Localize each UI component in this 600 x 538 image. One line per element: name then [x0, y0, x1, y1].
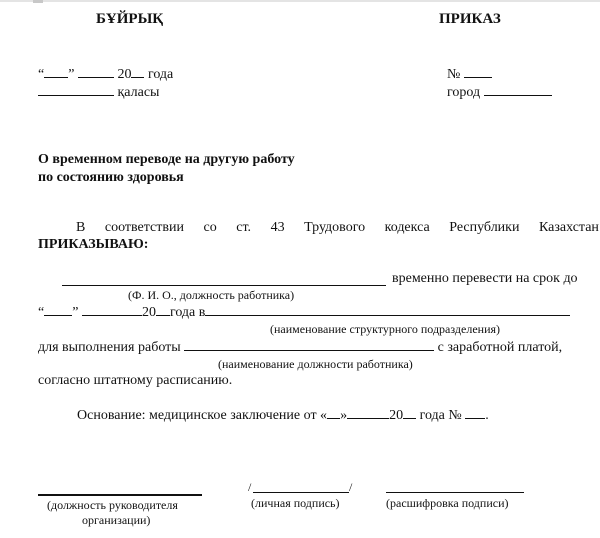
caption-department: (наименование структурного подразделения…	[270, 321, 500, 337]
preamble-word: соответствии	[105, 220, 184, 236]
preamble-word: со	[204, 220, 217, 236]
basis-line: Основание: медицинское заключение от «»2…	[77, 406, 489, 424]
city-suffix: қаласы	[118, 85, 160, 100]
order-number-line: №	[447, 65, 492, 83]
salary-text: с заработной платой,	[438, 340, 562, 355]
ruler-tab-marker	[33, 0, 43, 3]
work-prefix: для выполнения работы	[38, 340, 181, 355]
order-word: ПРИКАЗЫВАЮ:	[38, 237, 148, 253]
kazakh-title: БҰЙРЫҚ	[96, 11, 163, 27]
year-in-text: года в	[170, 305, 205, 320]
month-field[interactable]	[78, 65, 114, 78]
caption-director-position-1: (должность руководителя	[47, 497, 178, 513]
year-prefix: 20	[117, 67, 131, 82]
slash-left: /	[248, 479, 251, 495]
transfer-text: временно перевести на срок до	[392, 271, 578, 287]
caption-signature-decode: (расшифровка подписи)	[386, 495, 509, 511]
basis-month-field[interactable]	[347, 406, 389, 419]
russian-title: ПРИКАЗ	[439, 11, 501, 27]
basis-year-field[interactable]	[403, 406, 416, 419]
caption-position: (наименование должности работника)	[218, 356, 413, 372]
position-field[interactable]	[184, 338, 434, 351]
preamble-word: кодекса	[385, 220, 430, 236]
number-label: №	[447, 67, 460, 82]
city-field-ru[interactable]	[484, 83, 552, 96]
basis-prefix: Основание: медицинское заключение от «	[77, 408, 327, 423]
department-field[interactable]	[205, 303, 570, 316]
basis-number-label: года №	[420, 408, 462, 423]
preamble-line: В соответствии со ст. 43 Трудового кодек…	[76, 220, 599, 236]
order-number-field[interactable]	[464, 65, 492, 78]
preamble-word: Казахстан	[539, 220, 599, 236]
left-city-line: қаласы	[38, 83, 159, 101]
preamble-word: Республики	[449, 220, 519, 236]
subject-line-1: О временном переводе на другую работу	[38, 152, 295, 168]
city-field-kz[interactable]	[38, 83, 114, 96]
preamble-word: 43	[271, 220, 285, 236]
quote-close: ”	[68, 67, 74, 82]
basis-number-field[interactable]	[465, 406, 485, 419]
city-label: город	[447, 85, 480, 100]
employee-name-field[interactable]	[62, 285, 386, 286]
left-date-line: “” 20 года	[38, 65, 173, 83]
day-field[interactable]	[44, 65, 68, 78]
basis-quote-close: »	[340, 408, 347, 423]
quote-close: ”	[72, 305, 78, 320]
caption-signature: (личная подпись)	[251, 495, 340, 511]
basis-year-prefix: 20	[389, 408, 403, 423]
month-field-2[interactable]	[82, 303, 142, 316]
right-city-line: город	[447, 83, 552, 101]
year-field-2[interactable]	[156, 303, 170, 316]
preamble-word: В	[76, 220, 85, 236]
year-suffix: года	[148, 67, 173, 82]
signature-decode-field[interactable]	[386, 492, 524, 493]
signature-field[interactable]	[253, 492, 349, 493]
director-position-field[interactable]	[38, 494, 202, 496]
basis-day-field[interactable]	[327, 406, 340, 419]
caption-employee: (Ф. И. О., должность работника)	[128, 287, 294, 303]
subject-line-2: по состоянию здоровья	[38, 170, 184, 186]
work-line: для выполнения работы с заработной плато…	[38, 338, 562, 356]
caption-director-position-2: организации)	[82, 512, 150, 528]
day-field-2[interactable]	[44, 303, 72, 316]
year-field[interactable]	[131, 65, 144, 78]
basis-period: .	[485, 408, 489, 423]
staffing-line: согласно штатному расписанию.	[38, 373, 232, 389]
date-line-2: “” 20года в	[38, 303, 570, 321]
preamble-word: Трудового	[304, 220, 365, 236]
top-border	[0, 0, 600, 2]
slash-right: /	[349, 479, 352, 495]
preamble-word: ст.	[236, 220, 251, 236]
year-prefix-2: 20	[142, 305, 156, 320]
